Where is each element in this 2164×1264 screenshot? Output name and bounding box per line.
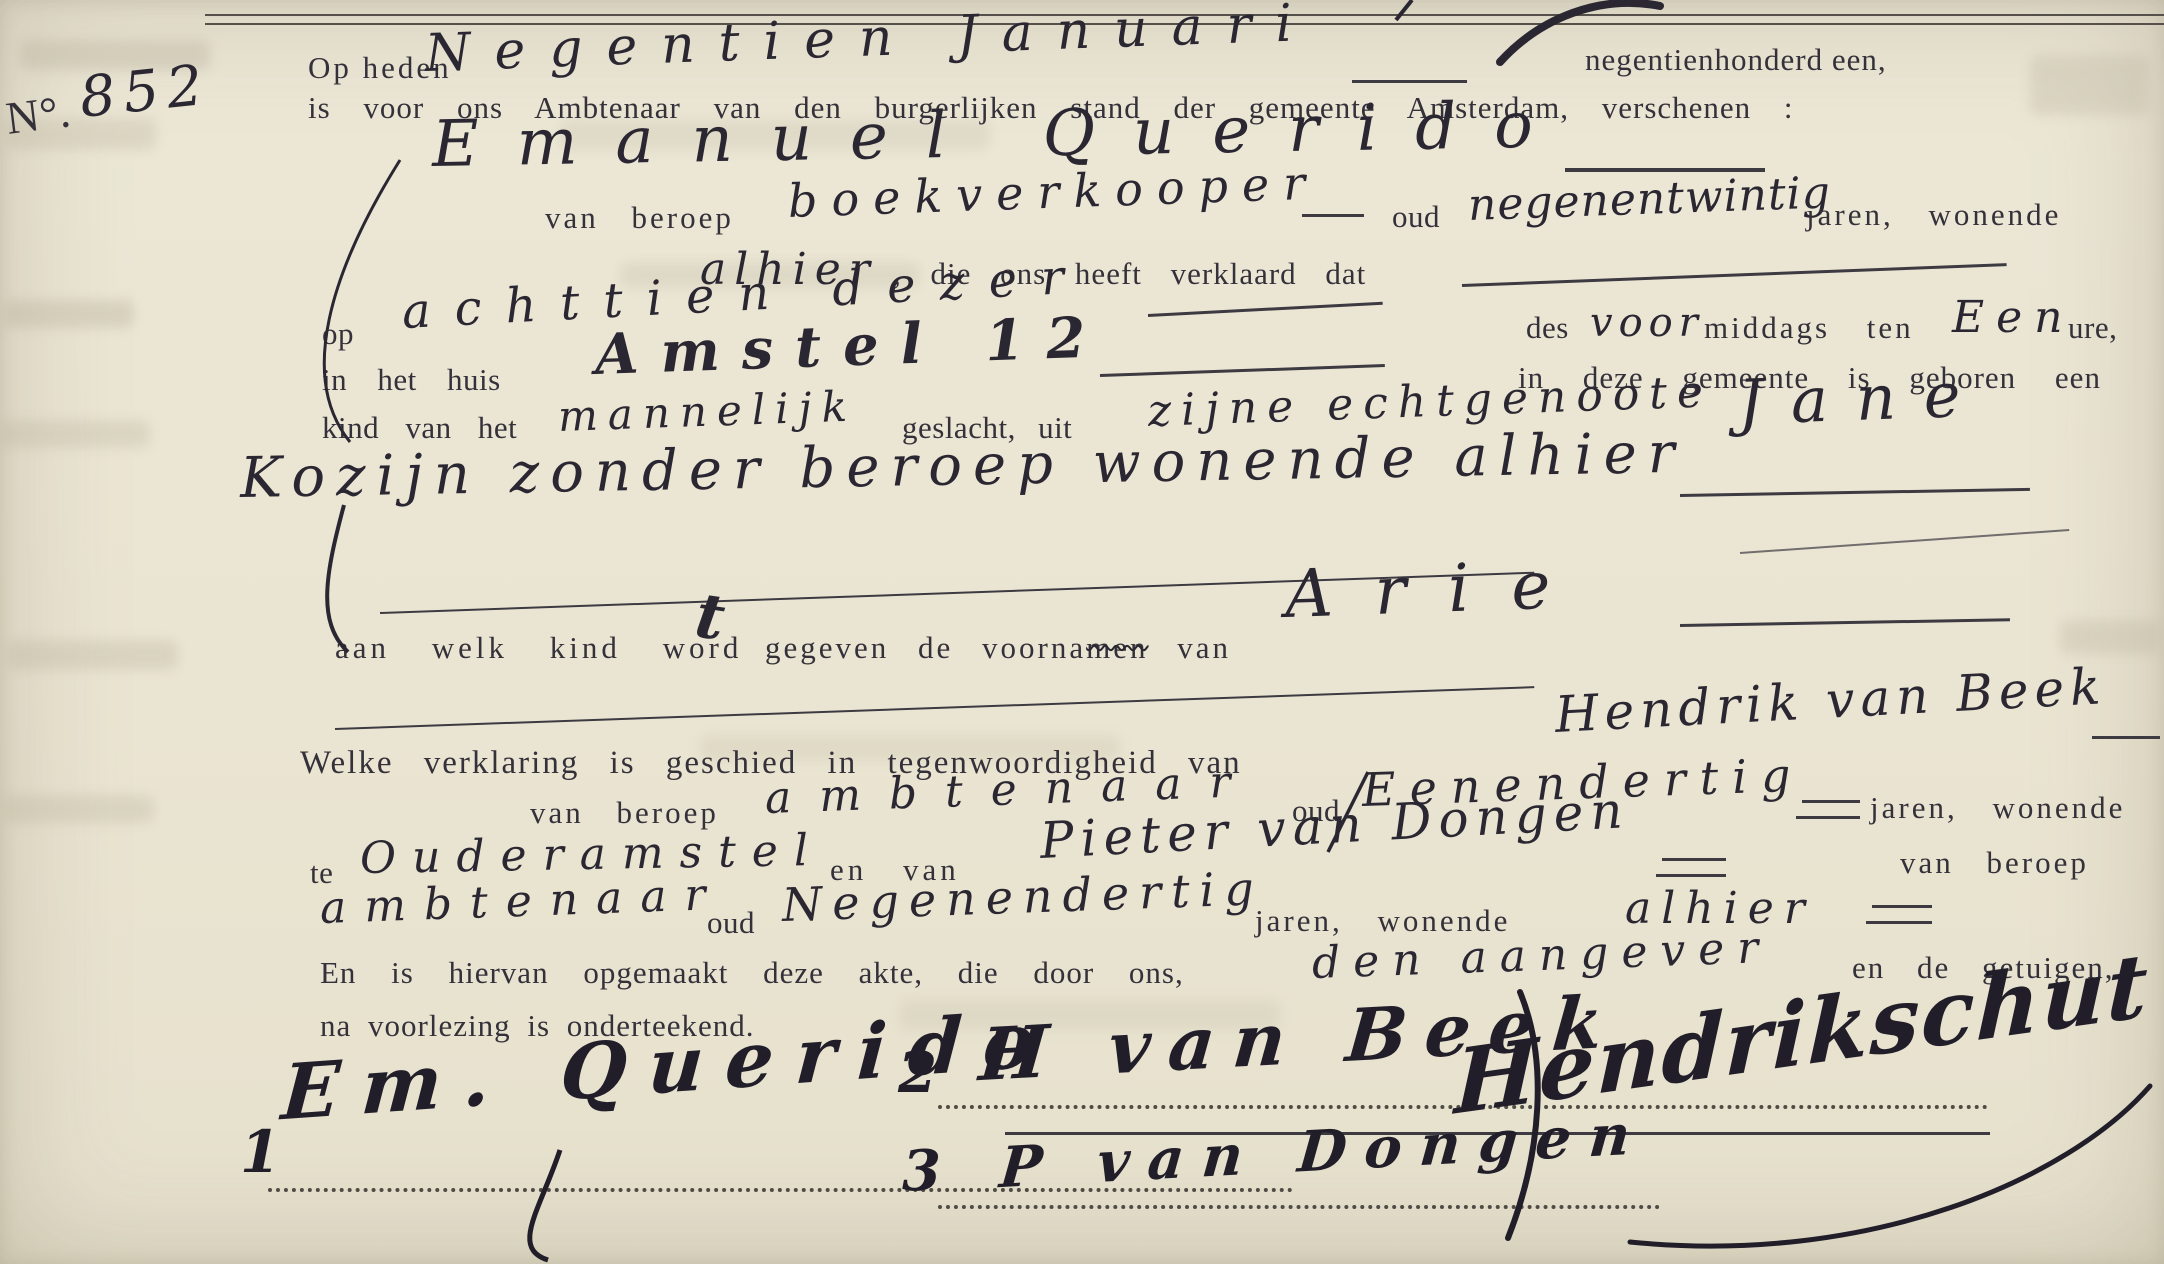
hw-mother-firstname: Jane (1737, 357, 1990, 439)
filler-dash (1866, 921, 1932, 924)
filler-dash (1662, 858, 1726, 861)
printed-gegeven-voornaam: gegeven de voornamen van (765, 630, 1231, 666)
registrar-underline-swoosh (1630, 1086, 2150, 1246)
filler-line (1680, 488, 2030, 497)
printed-kind-van-het: kind van het (322, 410, 517, 446)
filler-line (1148, 302, 1383, 317)
printed-van-beroep-1: van beroep (545, 200, 734, 236)
hw-hour: Een (1952, 292, 2075, 343)
printed-oud-3: oud (707, 905, 755, 941)
hw-gender: mannelijk (557, 382, 858, 441)
bleedthrough-spot (8, 640, 178, 670)
printed-year: negentienhonderd een, (1585, 42, 1887, 78)
printed-struck-men: men (1086, 630, 1148, 665)
bleedthrough-spot (2030, 55, 2150, 115)
printed-jaren-wonende-2: jaren, wonende (1870, 790, 2125, 826)
printed-middags-ten: middags ten (1704, 310, 1914, 346)
blank-write-line (335, 686, 1534, 730)
bleedthrough-spot (4, 300, 134, 328)
signature-number-3: 3 (902, 1138, 941, 1204)
hw-child-name: Arie (1284, 545, 1594, 633)
printed-oud-1: oud (1392, 199, 1440, 235)
filler-line (1680, 618, 2010, 627)
filler-line (1740, 529, 2069, 554)
filler-dash (1872, 905, 1932, 908)
printed-en-is-hiervan: En is hiervan opgemaakt deze akte, die d… (320, 955, 1184, 991)
printed-van-beroep-2: van beroep (530, 795, 719, 831)
hw-witness1-name: Hendrik van Beek (1553, 657, 2107, 744)
filler-dash (1302, 214, 1364, 217)
printed-in-het-huis: in het huis (322, 362, 501, 398)
bleedthrough-spot (4, 795, 154, 823)
signature-number-1: 1 (240, 1118, 280, 1186)
printed-van-part: van (1177, 630, 1231, 665)
hw-daypart: voor (1590, 300, 1704, 346)
printed-voorna-part: gegeven de voorna (765, 630, 1086, 665)
filler-dash (2092, 736, 2160, 739)
filler-dash (1796, 816, 1860, 819)
act-number-label: N°. (3, 84, 74, 144)
bleedthrough-spot (0, 420, 150, 448)
signature-number-2: 2 (898, 1040, 937, 1106)
filler-dash (1352, 80, 1467, 83)
printed-van-beroep-3: van beroep (1900, 845, 2089, 881)
bleedthrough-spot (2060, 620, 2160, 654)
querido-q-descender (530, 1150, 560, 1260)
act-number-value: 852 (77, 52, 214, 130)
hw-date: Negentien Januari (424, 0, 1317, 84)
filler-dash (1656, 874, 1726, 877)
printed-aan-welk-kind: aan welk kind word (335, 630, 742, 666)
signature-dotted-line-3 (938, 1205, 1660, 1209)
birth-certificate-scan: N°. 852 Op heden Negentien Januari negen… (0, 0, 2164, 1264)
printed-des: des (1526, 310, 1569, 346)
filler-line (1462, 263, 2007, 287)
hw-declarant-age: negenentwintig (1467, 167, 1832, 231)
capital-e-flourish (324, 160, 400, 442)
printed-ure: ure, (2068, 310, 2117, 346)
filler-line (1100, 364, 1385, 377)
printed-op: op (322, 316, 354, 352)
printed-jaren-wonende-1: jaren, wonende (1806, 197, 2061, 233)
filler-dash (1802, 800, 1860, 803)
